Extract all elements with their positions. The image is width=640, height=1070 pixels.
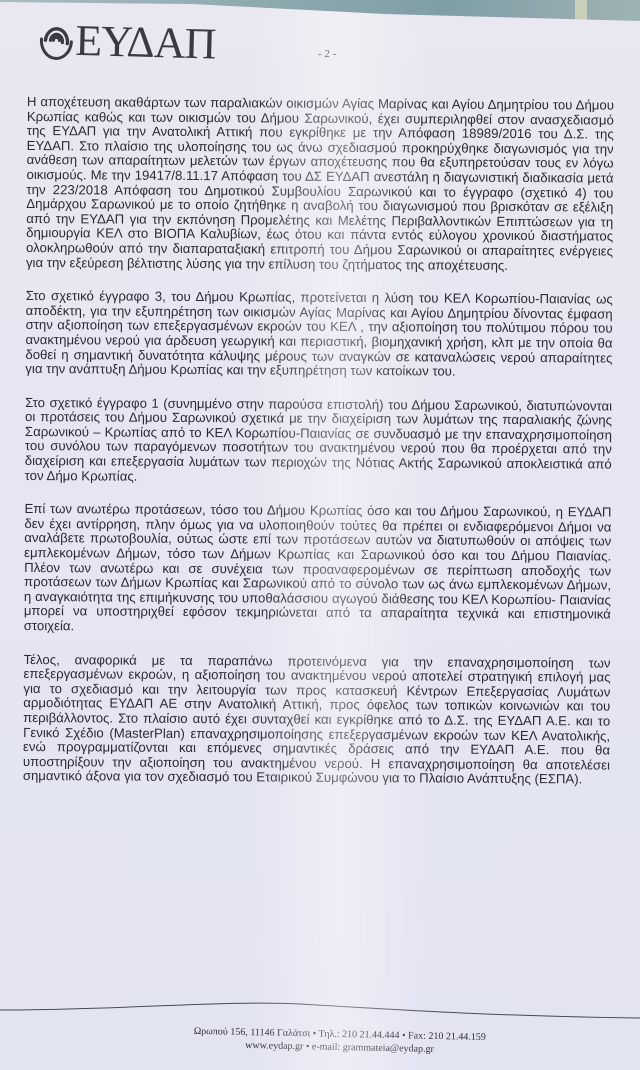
logo-wordmark: ΕΥΔΑΠ [75, 19, 216, 67]
swirl-icon [39, 18, 74, 63]
eydap-logo: ΕΥΔΑΠ [39, 18, 216, 67]
paragraph-reuse-strategy: Τέλος, αναφορικά με τα παραπάνω προτεινό… [23, 653, 611, 788]
paragraph-eydap-position: Επί των ανωτέρω προτάσεων, τόσο του Δήμο… [24, 502, 612, 637]
paragraph-sewerage-background: Η αποχέτευση ακαθάρτων των παραλιακών οι… [26, 95, 614, 274]
paragraph-kropia-proposal: Στο σχετικό έγγραφο 3, του Δήμου Κρωπίας… [25, 289, 613, 380]
page-number: - 2 - [318, 48, 336, 60]
letter-page: ΕΥΔΑΠ - 2 - Η αποχέτευση ακαθάρτων των π… [0, 0, 640, 1070]
paragraph-saronikos-proposal: Στο σχετικό έγγραφο 1 (συνημμένο στην πα… [25, 396, 613, 487]
letterhead: ΕΥΔΑΠ - 2 - [40, 18, 600, 78]
footer-divider [0, 1000, 640, 1020]
letter-footer: Ωρωπού 156, 11146 Γαλάτσι • Τηλ.: 210 21… [149, 1024, 529, 1058]
letter-body: Η αποχέτευση ακαθάρτων των παραλιακών οι… [23, 95, 614, 807]
